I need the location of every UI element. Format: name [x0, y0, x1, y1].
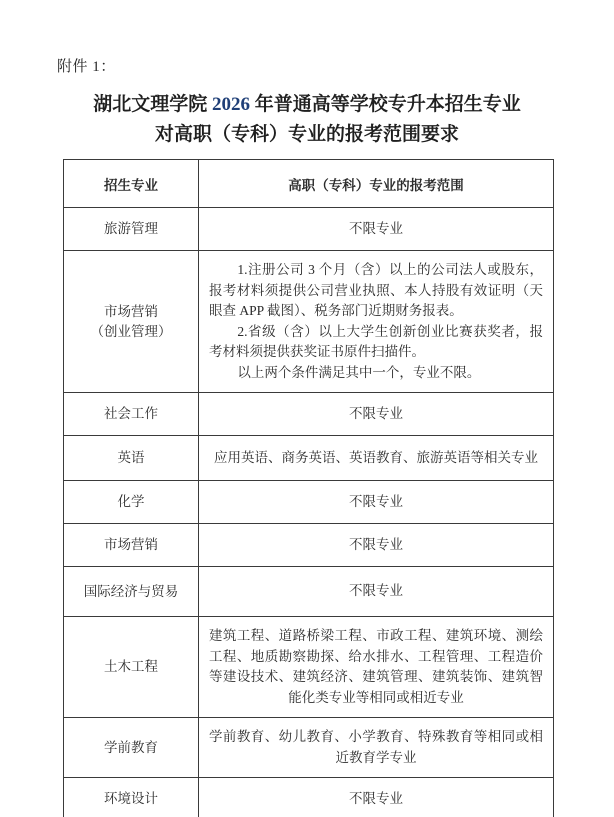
scope-cell: 建筑工程、道路桥梁工程、市政工程、建筑环境、测绘工程、地质勘察勘探、给水排水、工… — [199, 617, 554, 718]
table-row: 学前教育学前教育、幼儿教育、小学教育、特殊教育等相同或相近教育学专业 — [64, 718, 554, 778]
scope-paragraph: 应用英语、商务英语、英语教育、旅游英语等相关专业 — [209, 448, 543, 469]
attachment-label: 附件 1： — [57, 55, 614, 76]
major-cell: 化学 — [64, 481, 199, 524]
major-cell: 土木工程 — [64, 617, 199, 718]
major-line: 旅游管理 — [70, 219, 192, 239]
scope-paragraph: 不限专业 — [209, 789, 543, 810]
scope-paragraph: 学前教育、幼儿教育、小学教育、特殊教育等相同或相近教育学专业 — [209, 727, 543, 768]
major-line: 英语 — [70, 448, 192, 468]
major-line: 市场营销 — [70, 535, 192, 555]
col-header-scope: 高职（专科）专业的报考范围 — [199, 160, 554, 208]
title-line1-suffix: 年普通高等学校专升本招生专业 — [250, 94, 521, 115]
scope-cell: 学前教育、幼儿教育、小学教育、特殊教育等相同或相近教育学专业 — [199, 718, 554, 778]
major-line: （创业管理） — [70, 322, 192, 342]
scope-paragraph: 不限专业 — [209, 581, 543, 602]
table-row: 环境设计不限专业 — [64, 778, 554, 817]
table-row: 英语应用英语、商务英语、英语教育、旅游英语等相关专业 — [64, 436, 554, 481]
scope-cell: 不限专业 — [199, 481, 554, 524]
table-row: 市场营销（创业管理）1.注册公司 3 个月（含）以上的公司法人或股东，报考材料须… — [64, 251, 554, 393]
major-cell: 英语 — [64, 436, 199, 481]
table-row: 旅游管理不限专业 — [64, 208, 554, 251]
major-cell: 学前教育 — [64, 718, 199, 778]
major-cell: 市场营销（创业管理） — [64, 251, 199, 393]
major-cell: 旅游管理 — [64, 208, 199, 251]
major-line: 学前教育 — [70, 738, 192, 758]
table-row: 国际经济与贸易不限专业 — [64, 567, 554, 617]
title-year: 2026 — [212, 94, 250, 115]
major-line: 市场营销 — [70, 302, 192, 322]
major-line: 国际经济与贸易 — [70, 582, 192, 602]
major-cell: 环境设计 — [64, 778, 199, 817]
table-row: 市场营销不限专业 — [64, 524, 554, 567]
table-row: 化学不限专业 — [64, 481, 554, 524]
document-page: 附件 1： 湖北文理学院 2026 年普通高等学校专升本招生专业对高职（专科）专… — [0, 0, 614, 817]
major-cell: 国际经济与贸易 — [64, 567, 199, 617]
scope-cell: 不限专业 — [199, 778, 554, 817]
major-cell: 市场营销 — [64, 524, 199, 567]
major-line: 化学 — [70, 492, 192, 512]
scope-paragraph: 不限专业 — [209, 535, 543, 556]
table-header-row: 招生专业 高职（专科）专业的报考范围 — [64, 160, 554, 208]
table-row: 社会工作不限专业 — [64, 393, 554, 436]
major-line: 土木工程 — [70, 657, 192, 677]
scope-paragraph: 建筑工程、道路桥梁工程、市政工程、建筑环境、测绘工程、地质勘察勘探、给水排水、工… — [209, 626, 543, 708]
scope-cell: 不限专业 — [199, 524, 554, 567]
scope-paragraph: 不限专业 — [209, 219, 543, 240]
table-row: 土木工程建筑工程、道路桥梁工程、市政工程、建筑环境、测绘工程、地质勘察勘探、给水… — [64, 617, 554, 718]
scope-cell: 不限专业 — [199, 567, 554, 617]
scope-paragraph: 不限专业 — [209, 492, 543, 513]
major-cell: 社会工作 — [64, 393, 199, 436]
scope-paragraph: 以上两个条件满足其中一个，专业不限。 — [209, 363, 543, 384]
scope-cell: 不限专业 — [199, 208, 554, 251]
col-header-major: 招生专业 — [64, 160, 199, 208]
scope-paragraph: 2.省级（含）以上大学生创新创业比赛获奖者，报考材料须提供获奖证书原件扫描件。 — [209, 322, 543, 363]
major-line: 环境设计 — [70, 789, 192, 809]
scope-cell: 应用英语、商务英语、英语教育、旅游英语等相关专业 — [199, 436, 554, 481]
title-line1-prefix: 湖北文理学院 — [93, 94, 212, 115]
major-line: 社会工作 — [70, 404, 192, 424]
scope-paragraph: 1.注册公司 3 个月（含）以上的公司法人或股东，报考材料须提供公司营业执照、本… — [209, 260, 543, 322]
scope-cell: 1.注册公司 3 个月（含）以上的公司法人或股东，报考材料须提供公司营业执照、本… — [199, 251, 554, 393]
scope-paragraph: 不限专业 — [209, 404, 543, 425]
title-line2: 对高职（专科）专业的报考范围要求 — [155, 124, 459, 145]
document-title: 湖北文理学院 2026 年普通高等学校专升本招生专业对高职（专科）专业的报考范围… — [0, 90, 614, 150]
admission-scope-table: 招生专业 高职（专科）专业的报考范围 旅游管理不限专业市场营销（创业管理）1.注… — [63, 159, 554, 817]
scope-cell: 不限专业 — [199, 393, 554, 436]
